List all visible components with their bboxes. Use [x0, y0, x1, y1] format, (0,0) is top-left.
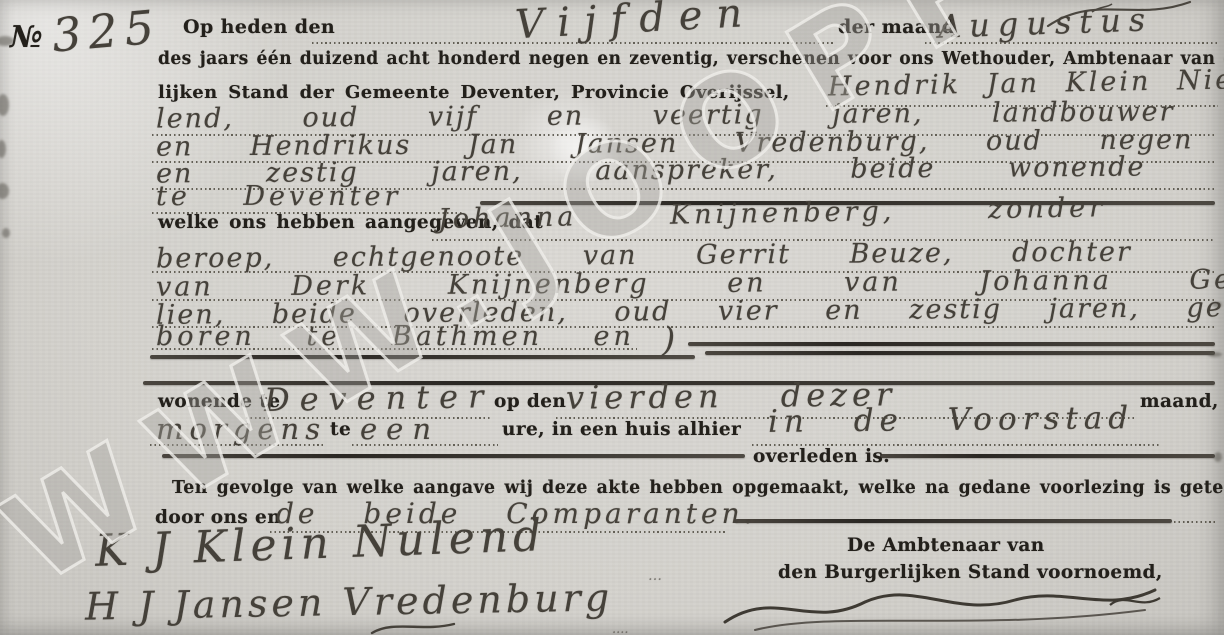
- official-signature: [715, 580, 1165, 635]
- signature-jansen-vredenburg: H J Jansen Vredenburg: [85, 575, 614, 628]
- partial-signature-stroke: [368, 620, 458, 635]
- struck-rule-closing: [735, 519, 1172, 523]
- record-number-value: 325: [50, 0, 163, 63]
- printed-overleden-is: overleden is.: [753, 446, 890, 467]
- edge-smudge: [1214, 452, 1222, 462]
- handwritten-daypart: morgens: [156, 412, 326, 446]
- edge-smudge: [2, 228, 10, 238]
- printed-closing-line: Ten gevolge van welke aangave wij deze a…: [172, 478, 1224, 498]
- edge-smudge: [1208, 352, 1222, 357]
- printed-maand-des: maand, des: [1140, 391, 1224, 412]
- dotted-tail-closing: [1174, 521, 1218, 523]
- printed-ure-huis-alhier: ure, in een huis alhier: [502, 419, 741, 440]
- death-record-scan: № 325 Op heden den Vijfden der maand Aug…: [0, 0, 1224, 635]
- handwritten-hour: een: [360, 412, 440, 446]
- struck-rule-overleden-right: [880, 454, 1215, 458]
- printed-official-title-1: De Ambtenaar van: [847, 535, 1045, 556]
- edge-smudge: [0, 140, 6, 158]
- struck-rule-overleden-left: [162, 454, 745, 458]
- printed-wonende-te: wonende te: [158, 391, 280, 412]
- handwritten-declarant-5: te Deventer: [156, 181, 401, 212]
- handwritten-death-location: in de Voorstad: [768, 400, 1135, 440]
- edge-smudge: [0, 183, 9, 199]
- record-number-label: №: [10, 20, 43, 55]
- edge-smudge: [0, 94, 9, 116]
- printed-op-heden-den: Op heden den: [183, 16, 335, 38]
- printed-te: te: [330, 419, 351, 440]
- pen-paren-stroke: ): [662, 320, 675, 360]
- ink-dots-mid: …: [648, 568, 662, 584]
- ink-dots-bottom: ....: [612, 622, 629, 635]
- handwritten-month: Augustus: [937, 0, 1153, 45]
- struck-rule-blank-1b: [705, 351, 1215, 355]
- struck-rule-deceased-end: [688, 342, 1215, 346]
- handwritten-deceased-5: boren te Bathmen en: [156, 321, 635, 352]
- printed-year-line: des jaars één duizend acht honderd negen…: [158, 49, 1224, 69]
- handwritten-deceased-1: Johanna Knijnenberg, zonder: [438, 192, 1106, 235]
- printed-op-den: op den: [494, 391, 566, 412]
- struck-rule-blank-1a: [150, 355, 695, 359]
